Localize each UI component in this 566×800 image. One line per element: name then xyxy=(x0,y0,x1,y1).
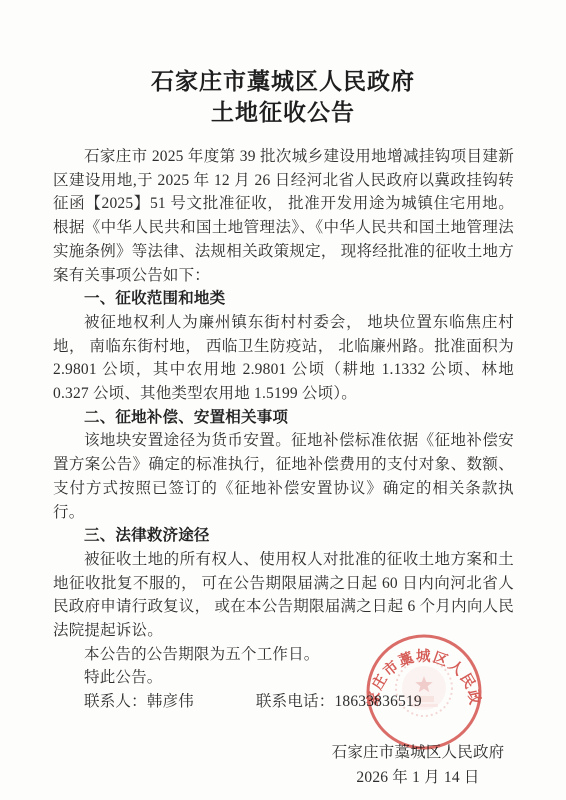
contact-phone-number: 18633836519 xyxy=(334,693,421,710)
paragraph-approval-basis: 石家庄市 2025 年度第 39 批次城乡建设用地增减挂钩项目建新区建设用地,于… xyxy=(53,145,514,287)
signature-block: 石家庄市藁城区人民政府 2026 年 1 月 14 日 xyxy=(328,740,508,790)
announcement-page: 石家庄市藁城区人民政府 土地征收公告 石家庄市 2025 年度第 39 批次城乡… xyxy=(0,0,566,800)
paragraph-announcement-period: 本公告的公告期限为五个工作日。 xyxy=(53,643,514,667)
paragraph-closing: 特此公告。 xyxy=(53,666,514,690)
document-title: 石家庄市藁城区人民政府 土地征收公告 xyxy=(0,0,566,128)
paragraph-compensation-detail: 该地块安置途径为货币安置。征地补偿标准依据《征地补偿安置方案公告》确定的标准执行… xyxy=(53,429,514,524)
section-heading-scope: 一、征收范围和地类 xyxy=(53,287,514,311)
document-body: 石家庄市 2025 年度第 39 批次城乡建设用地增减挂钩项目建新区建设用地,于… xyxy=(53,145,514,790)
title-line-1: 石家庄市藁城区人民政府 xyxy=(0,66,566,97)
section-heading-compensation: 二、征地补偿、安置相关事项 xyxy=(53,406,514,430)
signature-date: 2026 年 1 月 14 日 xyxy=(328,765,508,790)
contact-phone-label: 联系电话： xyxy=(256,693,335,710)
paragraph-scope-detail: 被征地权利人为廉州镇东街村村委会， 地块位置东临焦庄村地， 南临东街村地， 西临… xyxy=(53,311,514,406)
title-line-2: 土地征收公告 xyxy=(0,97,566,128)
signature-org: 石家庄市藁城区人民政府 xyxy=(328,740,508,765)
contact-person-name: 韩彦伟 xyxy=(147,693,194,710)
section-heading-legal-remedy: 三、法律救济途径 xyxy=(53,524,514,548)
contact-person-label: 联系人： xyxy=(84,693,147,710)
contact-line: 联系人：韩彦伟联系电话：18633836519 xyxy=(53,690,514,714)
paragraph-legal-remedy-detail: 被征收土地的所有权人、使用权人对批准的征收土地方案和土地征收批复不服的， 可在公… xyxy=(53,548,514,643)
